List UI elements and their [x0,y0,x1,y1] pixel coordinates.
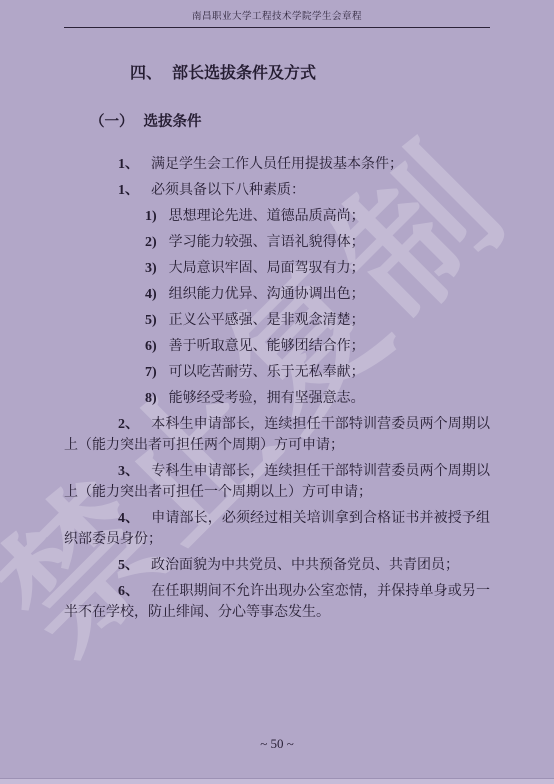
quality-number: 2) [145,235,157,250]
subsection-title: （一）选拔条件 [90,112,490,132]
quality-number: 6) [145,339,157,354]
list-item: 6、在任职期间不允许出现办公室恋情，并保持单身或另一半不在学校，防止绯闻、分心等… [64,581,490,623]
list-item: 3、专科生申请部长，连续担任干部特训营委员两个周期以上（能力突出者可担任一个周期… [64,461,490,503]
quality-text: 大局意识牢固、局面驾驭有力； [169,261,365,276]
quality-text: 可以吃苦耐劳、乐于无私奉献； [169,365,365,380]
list-item: 4、申请部长，必须经过相关培训拿到合格证书并被授予组织部委员身份； [64,508,490,550]
list-item: 1、必须具备以下八种素质： [118,180,490,201]
quality-item: 2)学习能力较强、言语礼貌得体； [145,232,490,253]
list-item: 1、满足学生会工作人员任用提拔基本条件； [118,154,490,175]
list-item-text: 满足学生会工作人员任用提拔基本条件； [151,157,403,172]
subsection-number: （一） [90,114,134,130]
quality-number: 8) [145,391,157,406]
list-item-number: 6、 [118,584,139,599]
quality-number: 4) [145,287,157,302]
list-item: 5、政治面貌为中共党员、中共预备党员、共青团员； [64,555,490,576]
quality-text: 组织能力优异、沟通协调出色； [169,287,365,302]
document-content: 四、部长选拔条件及方式 （一）选拔条件 1、满足学生会工作人员任用提拔基本条件；… [64,52,490,628]
quality-number: 7) [145,365,157,380]
quality-item: 6)善于听取意见、能够团结合作； [145,336,490,357]
quality-text: 思想理论先进、道德品质高尚； [169,209,365,224]
list-item-number: 2、 [118,417,139,432]
list-item-number: 1、 [118,183,139,198]
quality-text: 善于听取意见、能够团结合作； [169,339,365,354]
section-number: 四、 [130,65,162,82]
list-item-number: 5、 [118,558,139,573]
qualities-list: 1)思想理论先进、道德品质高尚； 2)学习能力较强、言语礼貌得体； 3)大局意识… [64,206,490,409]
quality-item: 7)可以吃苦耐劳、乐于无私奉献； [145,362,490,383]
list-item-number: 4、 [118,511,139,526]
subsection-title-text: 选拔条件 [144,114,202,130]
quality-text: 正义公平感强、是非观念清楚； [169,313,365,328]
quality-item: 5)正义公平感强、是非观念清楚； [145,310,490,331]
quality-item: 1)思想理论先进、道德品质高尚； [145,206,490,227]
list-item-text: 必须具备以下八种素质： [151,183,305,198]
page-number: ~ 50 ~ [0,736,554,752]
quality-number: 1) [145,209,157,224]
section-title: 四、部长选拔条件及方式 [130,64,490,84]
quality-item: 4)组织能力优异、沟通协调出色； [145,284,490,305]
list-item-text: 政治面貌为中共党员、中共预备党员、共青团员； [151,558,459,573]
list-item-number: 3、 [118,464,139,479]
section-title-text: 部长选拔条件及方式 [172,65,316,82]
list-bottom: 2、本科生申请部长，连续担任干部特训营委员两个周期以上（能力突出者可担任两个周期… [64,414,490,623]
list-top: 1、满足学生会工作人员任用提拔基本条件； 1、必须具备以下八种素质： [64,154,490,201]
list-item: 2、本科生申请部长，连续担任干部特训营委员两个周期以上（能力突出者可担任两个周期… [64,414,490,456]
header-title: 南昌职业大学工程技术学院学生会章程 [192,12,362,22]
document-page: 南昌职业大学工程技术学院学生会章程 禁止复制 四、部长选拔条件及方式 （一）选拔… [0,0,554,784]
list-item-number: 1、 [118,157,139,172]
quality-number: 5) [145,313,157,328]
quality-text: 能够经受考验，拥有坚强意志。 [169,391,365,406]
quality-item: 3)大局意识牢固、局面驾驭有力； [145,258,490,279]
quality-number: 3) [145,261,157,276]
page-bottom-edge [0,778,554,784]
quality-item: 8)能够经受考验，拥有坚强意志。 [145,388,490,409]
running-header: 南昌职业大学工程技术学院学生会章程 [64,8,490,28]
quality-text: 学习能力较强、言语礼貌得体； [169,235,365,250]
